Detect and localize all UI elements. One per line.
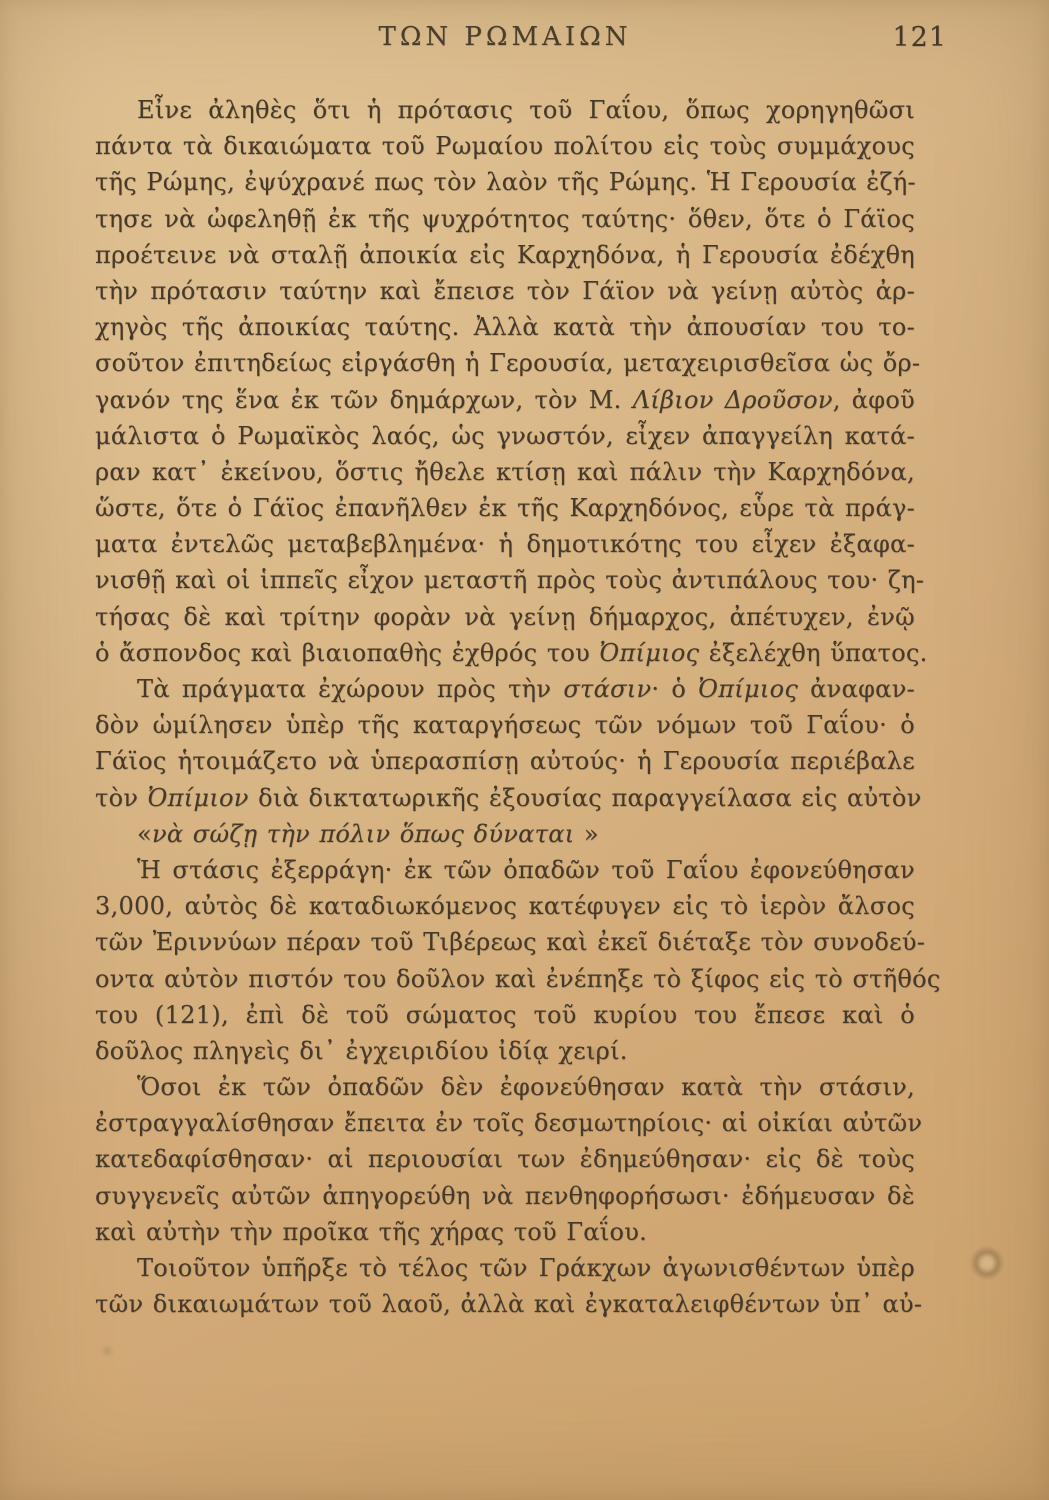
text-segment: τῶν δικαιωμάτων τοῦ λαοῦ, ἀλλὰ καὶ ἐγκατ… (95, 1290, 922, 1318)
text-line: Εἶνε ἀληθὲς ὅτι ἡ πρότασις τοῦ Γαΐου, ὅπ… (95, 92, 915, 128)
text-segment: νισθῇ καὶ οἱ ἱππεῖς εἶχον μεταστῆ πρὸς τ… (95, 566, 924, 594)
text-line: «νὰ σώζῃ τὴν πόλιν ὅπως δύναται » (95, 816, 915, 852)
text-line: 3,000, αὐτὸς δὲ καταδιωκόμενος κατέφυγεν… (95, 888, 915, 924)
text-segment: Εἶνε ἀληθὲς ὅτι ἡ πρότασις τοῦ Γαΐου, ὅπ… (137, 96, 915, 124)
text-line: Τοιοῦτον ὑπῆρξε τὸ τέλος τῶν Γράκχων ἀγω… (95, 1250, 915, 1286)
text-line: νισθῇ καὶ οἱ ἱππεῖς εἶχον μεταστῆ πρὸς τ… (95, 562, 915, 598)
text-segment: συγγενεῖς αὐτῶν ἀπηγορεύθη νὰ πενθηφορήσ… (95, 1182, 915, 1210)
text-segment: Ὅσοι ἐκ τῶν ὀπαδῶν δὲν ἐφονεύθησαν κατὰ … (137, 1073, 915, 1101)
text-segment: ἐξελέχθη ὕπατος. (699, 639, 927, 667)
text-segment: προέτεινε νὰ σταλῇ ἀποικία εἰς Καρχηδόνα… (95, 241, 915, 269)
text-segment: δὸν ὡμίλησεν ὑπὲρ τῆς καταργήσεως τῶν νό… (95, 711, 915, 739)
text-segment: Ἡ στάσις ἐξερράγη· ἐκ τῶν ὀπαδῶν τοῦ Γαΐ… (137, 856, 915, 884)
text-segment: ραν κατ᾽ ἐκείνου, ὅστις ἤθελε κτίσῃ καὶ … (95, 458, 915, 486)
text-segment: σοῦτον ἐπιτηδείως εἰργάσθη ἡ Γερουσία, μ… (95, 349, 920, 377)
text-segment: τησε νὰ ὠφεληθῇ ἐκ τῆς ψυχρότητος ταύτης… (95, 205, 915, 233)
text-line: του (121), ἐπὶ δὲ τοῦ σώματος τοῦ κυρίου… (95, 997, 915, 1033)
text-line: Τὰ πράγματα ἐχώρουν πρὸς τὴν στάσιν· ὁ Ὀ… (95, 671, 915, 707)
text-line: συγγενεῖς αὐτῶν ἀπηγορεύθη νὰ πενθηφορήσ… (95, 1178, 915, 1214)
text-line: μάλιστα ὁ Ρωμαϊκὸς λαός, ὡς γνωστόν, εἶχ… (95, 418, 915, 454)
emphasized-text: Λίβιον Δροῦσον (633, 386, 833, 414)
text-segment: » (574, 820, 598, 848)
text-line: δὸν ὡμίλησεν ὑπὲρ τῆς καταργήσεως τῶν νό… (95, 707, 915, 743)
text-line: ὁ ἄσπονδος καὶ βιαιοπαθὴς ἐχθρός του Ὀπί… (95, 635, 915, 671)
page-number: 121 (892, 22, 947, 53)
text-segment: ὥστε, ὅτε ὁ Γάϊος ἐπανῆλθεν ἐκ τῆς Καρχη… (95, 494, 915, 522)
text-line: τῶν Ἐριννύων πέραν τοῦ Τιβέρεως καὶ ἐκεῖ… (95, 924, 915, 960)
emphasized-text: Ὀπίμιος (599, 639, 699, 667)
text-line: τήσας δὲ καὶ τρίτην φορὰν νὰ γείνῃ δήμαρ… (95, 599, 915, 635)
text-line: ματα ἐντελῶς μεταβεβλημένα· ἡ δημοτικότη… (95, 526, 915, 562)
text-line: τῶν δικαιωμάτων τοῦ λαοῦ, ἀλλὰ καὶ ἐγκατ… (95, 1286, 915, 1322)
page-header-title: ΤΩΝ ΡΩΜΑΙΩΝ (95, 22, 915, 52)
text-segment: 3,000, αὐτὸς δὲ καταδιωκόμενος κατέφυγεν… (95, 892, 915, 920)
text-segment: τήσας δὲ καὶ τρίτην φορὰν νὰ γείνῃ δήμαρ… (95, 603, 915, 631)
text-segment: ἐστραγγαλίσθησαν ἔπειτα ἐν τοῖς δεσμωτηρ… (95, 1109, 922, 1137)
text-segment: ἀναφαν- (798, 675, 915, 703)
text-segment: , ἀφοῦ (833, 386, 915, 414)
text-segment: κατεδαφίσθησαν· αἱ περιουσίαι των ἐδημεύ… (95, 1145, 915, 1173)
text-segment: οντα αὐτὸν πιστόν του δοῦλον καὶ ἐνέπηξε… (95, 965, 941, 993)
text-line: οντα αὐτὸν πιστόν του δοῦλον καὶ ἐνέπηξε… (95, 961, 915, 997)
text-line: Γάϊος ἡτοιμάζετο νὰ ὑπερασπίσῃ αὐτούς· ἡ… (95, 743, 915, 779)
emphasized-text: Ὀπίμιος (698, 675, 798, 703)
text-segment: τὴν πρότασιν ταύτην καὶ ἔπεισε τὸν Γάϊον… (95, 277, 915, 305)
paper-stain (100, 1344, 114, 1358)
text-segment: Τοιοῦτον ὑπῆρξε τὸ τέλος τῶν Γράκχων ἀγω… (137, 1254, 915, 1282)
text-segment: γανόν της ἕνα ἐκ τῶν δημάρχων, τὸν Μ. (95, 386, 633, 414)
text-segment: « (137, 820, 152, 848)
text-line: τησε νὰ ὠφεληθῇ ἐκ τῆς ψυχρότητος ταύτης… (95, 201, 915, 237)
text-line: τὸν Ὀπίμιον διὰ δικτατωρικῆς ἐξουσίας πα… (95, 780, 915, 816)
text-line: ἐστραγγαλίσθησαν ἔπειτα ἐν τοῖς δεσμωτηρ… (95, 1105, 915, 1141)
text-line: χηγὸς τῆς ἀποικίας ταύτης. Ἀλλὰ κατὰ τὴν… (95, 309, 915, 345)
text-segment: τῆς Ρώμης, ἐψύχρανέ πως τὸν λαὸν τῆς Ρώμ… (95, 168, 916, 196)
text-line: καὶ αὐτὴν τὴν προῖκα τῆς χήρας τοῦ Γαΐου… (95, 1214, 915, 1250)
text-segment: ὁ ἄσπονδος καὶ βιαιοπαθὴς ἐχθρός του (95, 639, 599, 667)
emphasized-text: νὰ σώζῃ τὴν πόλιν ὅπως δύναται (152, 820, 574, 848)
emphasized-text: στάσιν (563, 675, 651, 703)
text-line: πάντα τὰ δικαιώματα τοῦ Ρωμαίου πολίτου … (95, 128, 915, 164)
text-segment: ματα ἐντελῶς μεταβεβλημένα· ἡ δημοτικότη… (95, 530, 915, 558)
text-line: δοῦλος πληγεὶς δι᾽ ἐγχειριδίου ἰδίᾳ χειρ… (95, 1033, 915, 1069)
text-segment: πάντα τὰ δικαιώματα τοῦ Ρωμαίου πολίτου … (95, 132, 915, 160)
text-line: γανόν της ἕνα ἐκ τῶν δημάρχων, τὸν Μ. Λί… (95, 382, 915, 418)
emphasized-text: Ὀπίμιον (148, 784, 249, 812)
text-line: ραν κατ᾽ ἐκείνου, ὅστις ἤθελε κτίσῃ καὶ … (95, 454, 915, 490)
text-segment: του (121), ἐπὶ δὲ τοῦ σώματος τοῦ κυρίου… (95, 1001, 915, 1029)
text-segment: χηγὸς τῆς ἀποικίας ταύτης. Ἀλλὰ κατὰ τὴν… (95, 313, 915, 341)
scanned-book-page: ΤΩΝ ΡΩΜΑΙΩΝ 121 Εἶνε ἀληθὲς ὅτι ἡ πρότασ… (0, 0, 1049, 1500)
text-segment: μάλιστα ὁ Ρωμαϊκὸς λαός, ὡς γνωστόν, εἶχ… (95, 422, 915, 450)
text-segment: · ὁ (651, 675, 698, 703)
text-segment: καὶ αὐτὴν τὴν προῖκα τῆς χήρας τοῦ Γαΐου… (95, 1218, 647, 1246)
text-line: Ὅσοι ἐκ τῶν ὀπαδῶν δὲν ἐφονεύθησαν κατὰ … (95, 1069, 915, 1105)
text-segment: Τὰ πράγματα ἐχώρουν πρὸς τὴν (137, 675, 563, 703)
text-line: Ἡ στάσις ἐξερράγη· ἐκ τῶν ὀπαδῶν τοῦ Γαΐ… (95, 852, 915, 888)
text-segment: Γάϊος ἡτοιμάζετο νὰ ὑπερασπίσῃ αὐτούς· ἡ… (95, 747, 915, 775)
text-segment: τὸν (95, 784, 148, 812)
text-line: τὴν πρότασιν ταύτην καὶ ἔπεισε τὸν Γάϊον… (95, 273, 915, 309)
text-line: τῆς Ρώμης, ἐψύχρανέ πως τὸν λαὸν τῆς Ρώμ… (95, 164, 915, 200)
text-line: κατεδαφίσθησαν· αἱ περιουσίαι των ἐδημεύ… (95, 1141, 915, 1177)
text-segment: διὰ δικτατωρικῆς ἐξουσίας παραγγείλασα ε… (249, 784, 922, 812)
text-segment: τῶν Ἐριννύων πέραν τοῦ Τιβέρεως καὶ ἐκεῖ… (95, 928, 925, 956)
running-header: ΤΩΝ ΡΩΜΑΙΩΝ 121 (95, 22, 915, 62)
text-line: ὥστε, ὅτε ὁ Γάϊος ἐπανῆλθεν ἐκ τῆς Καρχη… (95, 490, 915, 526)
text-line: προέτεινε νὰ σταλῇ ἀποικία εἰς Καρχηδόνα… (95, 237, 915, 273)
page-body: Εἶνε ἀληθὲς ὅτι ἡ πρότασις τοῦ Γαΐου, ὅπ… (95, 92, 915, 1322)
text-line: σοῦτον ἐπιτηδείως εἰργάσθη ἡ Γερουσία, μ… (95, 345, 915, 381)
text-segment: δοῦλος πληγεὶς δι᾽ ἐγχειριδίου ἰδίᾳ χειρ… (95, 1037, 628, 1065)
paper-stain (970, 1246, 1004, 1280)
